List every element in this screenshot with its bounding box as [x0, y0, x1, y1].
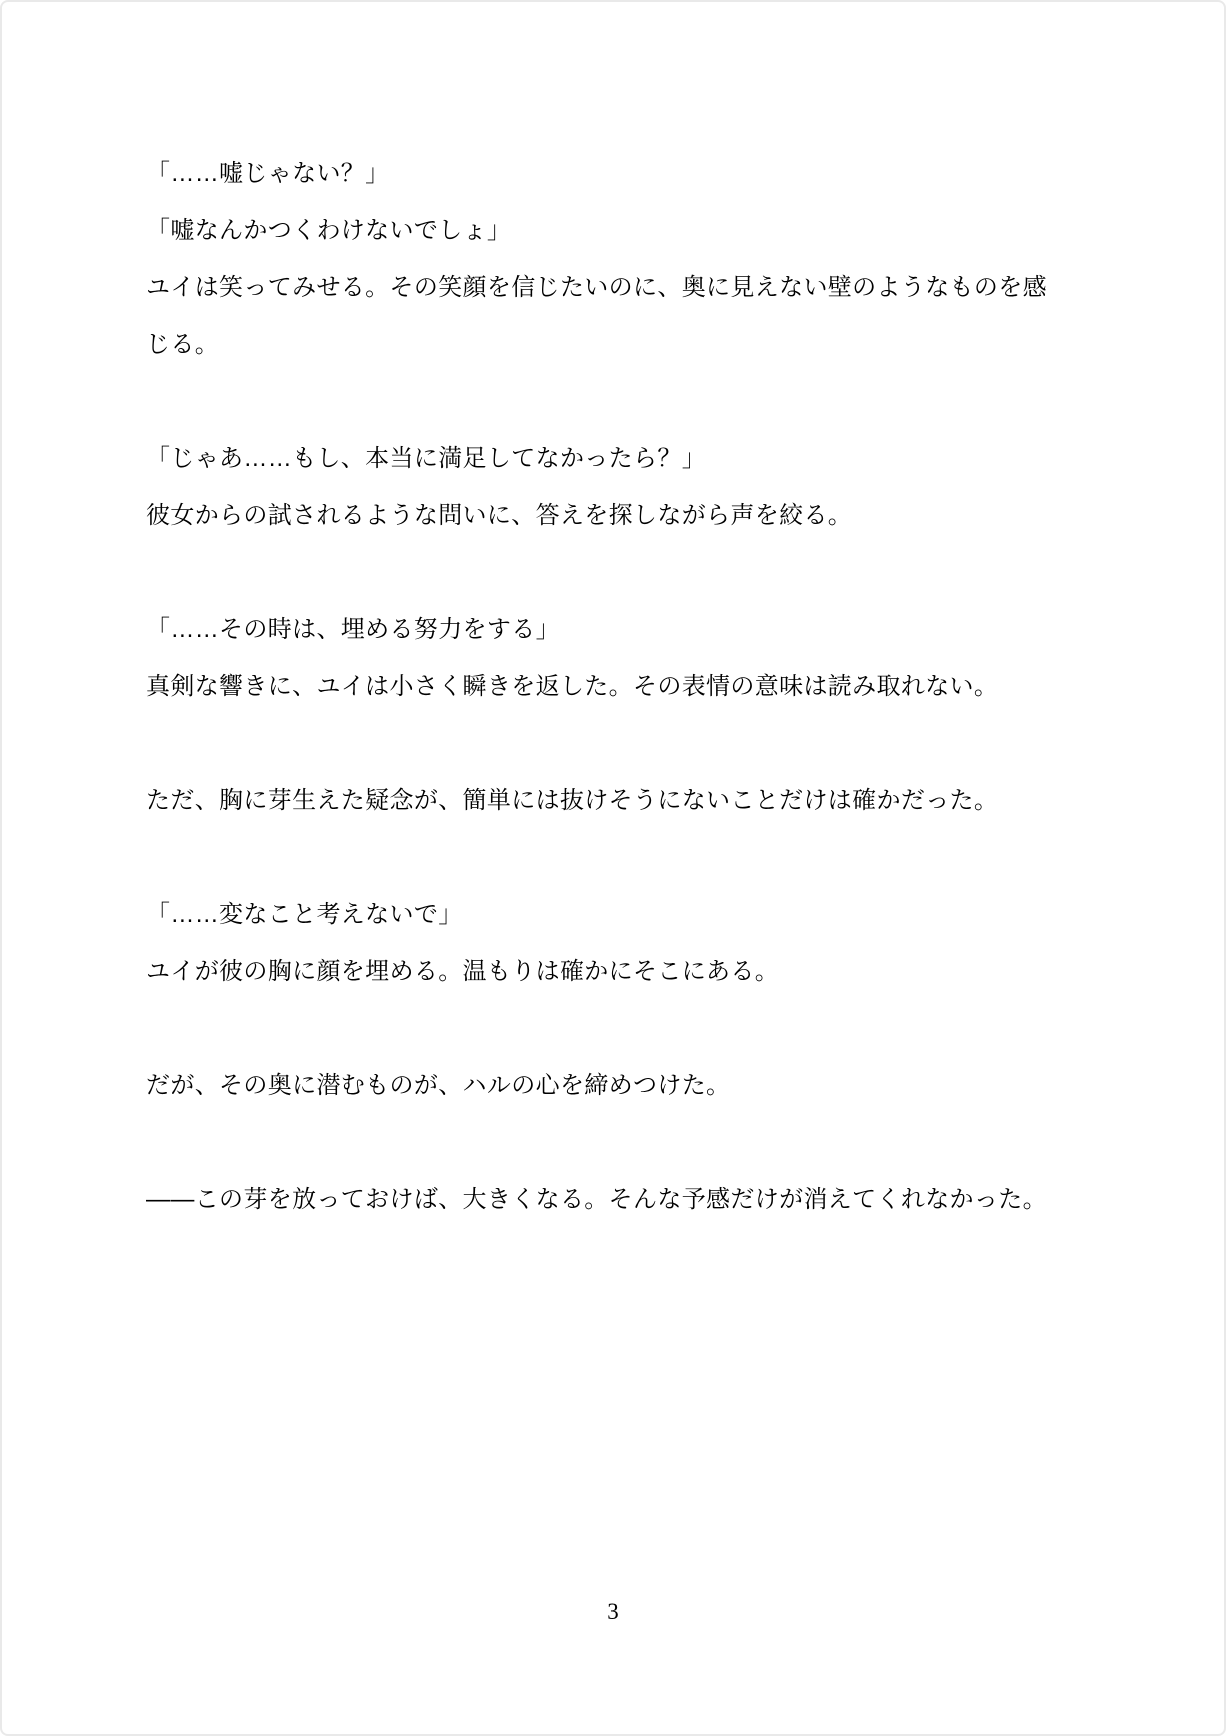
text-line: ユイが彼の胸に顔を埋める。温もりは確かにそこにある。 — [146, 943, 1056, 1000]
paragraph: だが、その奥に潜むものが、ハルの心を締めつけた。 — [146, 1057, 1056, 1114]
paragraph: ユイは笑ってみせる。その笑顔を信じたいのに、奥に見えない壁のようなものを感じる。 — [146, 259, 1056, 373]
text-line: ユイは笑ってみせる。その笑顔を信じたいのに、奥に見えない壁のようなものを感 — [146, 259, 1056, 316]
text-line: 彼女からの試されるような問いに、答えを探しながら声を絞る。 — [146, 487, 1056, 544]
page-number: 3 — [607, 1599, 619, 1624]
text-line: ――この芽を放っておけば、大きくなる。そんな予感だけが消えてくれなかった。 — [146, 1171, 1056, 1228]
paragraph: 真剣な響きに、ユイは小さく瞬きを返した。その表情の意味は読み取れない。 — [146, 658, 1056, 715]
page-footer: 3 — [0, 1597, 1226, 1627]
text-line: じる。 — [146, 316, 1056, 373]
paragraph: 「じゃあ……もし、本当に満足してなかったら？」 — [146, 430, 1056, 487]
paragraph: 「……嘘じゃない？」 — [146, 145, 1056, 202]
paragraph: 彼女からの試されるような問いに、答えを探しながら声を絞る。 — [146, 487, 1056, 544]
text-line: 「じゃあ……もし、本当に満足してなかったら？」 — [146, 430, 1056, 487]
text-line: 「……その時は、埋める努力をする」 — [146, 601, 1056, 658]
paragraph: ――この芽を放っておけば、大きくなる。そんな予感だけが消えてくれなかった。 — [146, 1171, 1056, 1228]
paragraph: 「……変なこと考えないで」 — [146, 886, 1056, 943]
paragraph: ただ、胸に芽生えた疑念が、簡単には抜けそうにないことだけは確かだった。 — [146, 772, 1056, 829]
body-text: 「……嘘じゃない？」「嘘なんかつくわけないでしょ」ユイは笑ってみせる。その笑顔を… — [146, 145, 1056, 1228]
text-line: 「嘘なんかつくわけないでしょ」 — [146, 202, 1056, 259]
document-page: 「……嘘じゃない？」「嘘なんかつくわけないでしょ」ユイは笑ってみせる。その笑顔を… — [0, 0, 1226, 1736]
text-line: だが、その奥に潜むものが、ハルの心を締めつけた。 — [146, 1057, 1056, 1114]
text-line: 「……変なこと考えないで」 — [146, 886, 1056, 943]
text-line: ただ、胸に芽生えた疑念が、簡単には抜けそうにないことだけは確かだった。 — [146, 772, 1056, 829]
paragraph: ユイが彼の胸に顔を埋める。温もりは確かにそこにある。 — [146, 943, 1056, 1000]
text-line: 真剣な響きに、ユイは小さく瞬きを返した。その表情の意味は読み取れない。 — [146, 658, 1056, 715]
paragraph: 「嘘なんかつくわけないでしょ」 — [146, 202, 1056, 259]
paragraph: 「……その時は、埋める努力をする」 — [146, 601, 1056, 658]
text-line: 「……嘘じゃない？」 — [146, 145, 1056, 202]
